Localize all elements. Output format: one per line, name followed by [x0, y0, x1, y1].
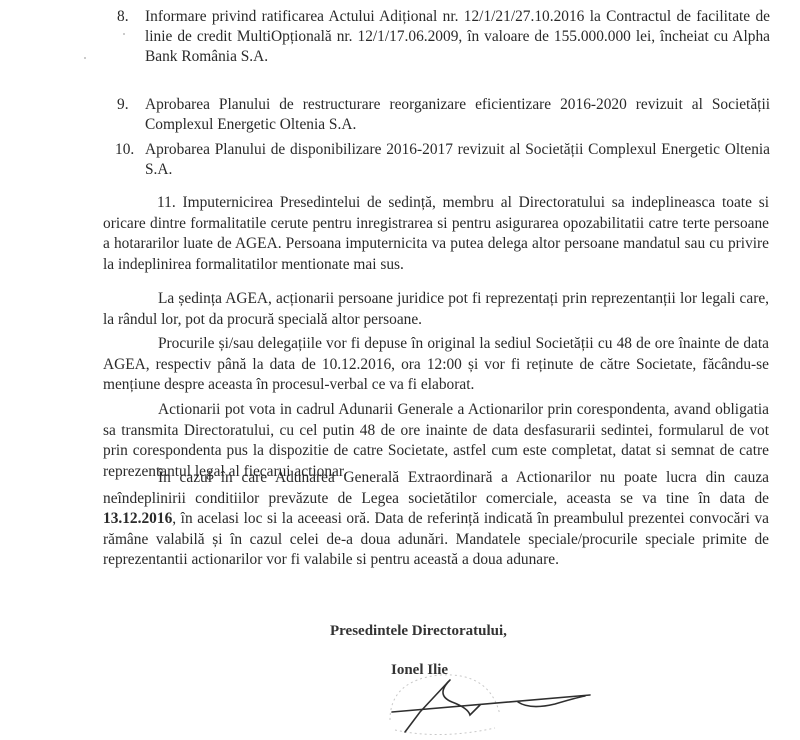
- document-page: 8. Informare privind ratificarea Actului…: [0, 0, 800, 740]
- agenda-item-8: 8. Informare privind ratificarea Actului…: [145, 7, 770, 67]
- paragraph-text: Procurile și/sau delegațiile vor fi depu…: [103, 335, 769, 393]
- item-number: 8.: [117, 7, 129, 27]
- handwritten-signature-icon: [380, 660, 610, 740]
- item-number: 11.: [157, 194, 176, 211]
- item-number: 10.: [115, 140, 134, 160]
- paragraph-proxies: Procurile și/sau delegațiile vor fi depu…: [103, 334, 769, 396]
- agenda-item-10: 10. Aprobarea Planului de disponibilizar…: [145, 140, 770, 180]
- item-text: Aprobarea Planului de disponibilizare 20…: [145, 140, 770, 180]
- item-text: Imputernicirea Presedintelui de sedință,…: [103, 194, 769, 273]
- paragraph-second-meeting: În cazul în care Adunarea Generală Extra…: [103, 468, 769, 571]
- paragraph-text: La ședința AGEA, acționarii persoane jur…: [103, 290, 769, 328]
- second-meeting-date: 13.12.2016: [103, 510, 172, 527]
- scan-speck: [84, 57, 86, 59]
- agenda-item-11: 11. Imputernicirea Presedintelui de sedi…: [103, 193, 769, 275]
- item-text: Informare privind ratificarea Actului Ad…: [145, 7, 770, 67]
- paragraph-text: , în acelasi loc si la aceeasi oră. Data…: [103, 510, 769, 568]
- agenda-item-9: 9. Aprobarea Planului de restructurare r…: [145, 95, 770, 135]
- signatory-title: Presedintele Directoratului,: [330, 623, 507, 640]
- item-number: 9.: [117, 95, 129, 115]
- paragraph-representation: La ședința AGEA, acționarii persoane jur…: [103, 289, 769, 330]
- paragraph-text: În cazul în care Adunarea Generală Extra…: [103, 469, 769, 507]
- item-text: Aprobarea Planului de restructurare reor…: [145, 95, 770, 135]
- scan-speck: [123, 33, 125, 35]
